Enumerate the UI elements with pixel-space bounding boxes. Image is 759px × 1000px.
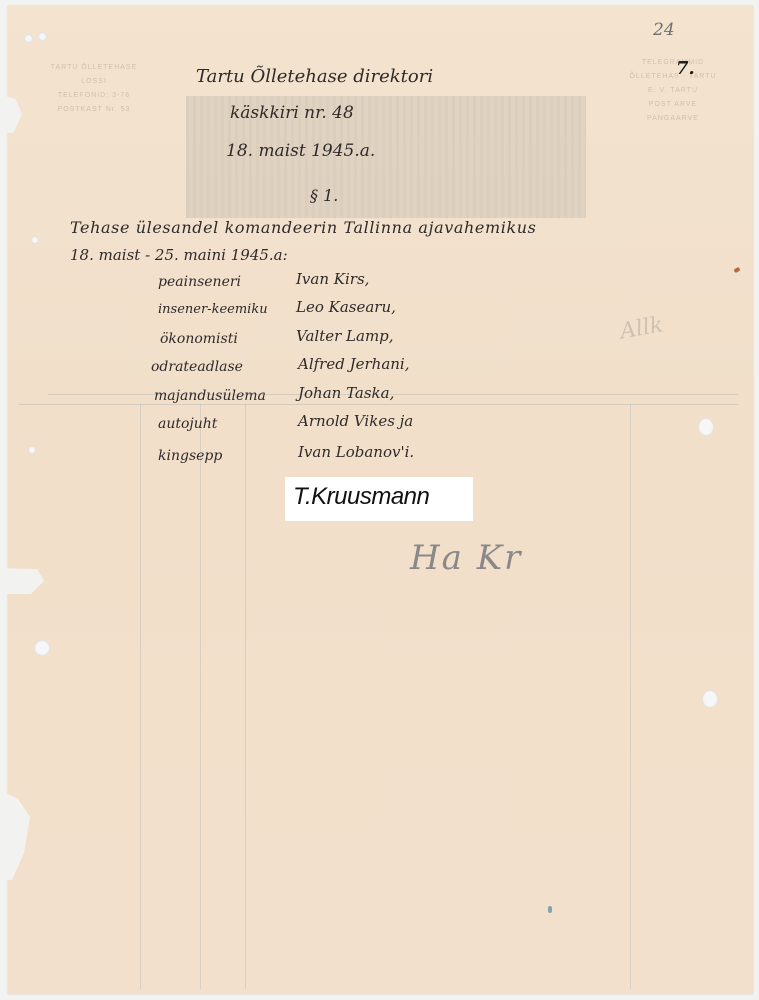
assignment-name: Alfred Jerhani, xyxy=(298,355,410,373)
letterhead-left-line: TELEFONID: 3-76 xyxy=(34,89,154,103)
letterhead-left-line: LOSSI xyxy=(34,75,154,89)
section-mark: § 1. xyxy=(310,186,338,205)
assignment-role: insener-keemiku xyxy=(158,302,268,317)
letterhead-right-line: ÕLLETEHAS - TARTU xyxy=(608,70,738,84)
punch-hole xyxy=(31,236,39,244)
name-label: T.Kruusmann xyxy=(293,483,429,511)
assignment-name: Ivan Kirs, xyxy=(296,270,369,288)
assignment-name: Valter Lamp, xyxy=(296,327,394,345)
body-line-2: 18. maist - 25. maini 1945.a: xyxy=(70,246,288,264)
page-number: 7. xyxy=(676,58,695,79)
ruled-column-line xyxy=(245,404,246,989)
assignment-name: Leo Kasearu, xyxy=(296,298,396,316)
punch-hole xyxy=(38,32,47,41)
assignment-name: Johan Taska, xyxy=(298,384,394,402)
punch-hole xyxy=(702,690,718,708)
assignment-role: ökonomisti xyxy=(160,331,238,347)
assignment-role: autojuht xyxy=(158,416,217,432)
ruled-column-line xyxy=(140,404,141,989)
letterhead-right-line: E. V. TARTU xyxy=(608,84,738,98)
ink-speck xyxy=(733,267,740,273)
ruled-column-line xyxy=(630,404,631,989)
letterhead-right-line: PANGAARVE xyxy=(608,112,738,126)
assignment-role: odrateadlase xyxy=(151,359,243,375)
punch-hole xyxy=(34,640,50,656)
letterhead-left-line: POSTKAST Nr. 53 xyxy=(34,103,154,117)
name-label-box: T.Kruusmann xyxy=(285,477,473,521)
body-line-1: Tehase ülesandel komandeerin Tallinna aj… xyxy=(70,218,537,237)
punch-hole xyxy=(24,34,33,43)
letterhead-right-block: TELEGRAMMID ÕLLETEHAS - TARTU E. V. TART… xyxy=(608,56,738,126)
assignment-name: Ivan Lobanov'i. xyxy=(298,443,414,461)
pencil-signature: Ha Kr xyxy=(410,538,522,578)
letterhead-left-line: TARTU ÕLLETEHASE xyxy=(34,61,154,75)
margin-pencil-note: Allk xyxy=(618,312,665,344)
letterhead-left-block: TARTU ÕLLETEHASE LOSSI TELEFONID: 3-76 P… xyxy=(34,61,154,117)
ruled-column-line xyxy=(200,404,201,989)
document-sheet: TARTU ÕLLETEHASE LOSSI TELEFONID: 3-76 P… xyxy=(8,6,753,994)
assignment-role: majandusülema xyxy=(154,388,266,404)
letterhead-right-line: POST ARVE xyxy=(608,98,738,112)
ink-speck xyxy=(548,906,552,913)
punch-hole xyxy=(698,418,714,436)
punch-hole xyxy=(28,446,36,454)
archive-number: 24 xyxy=(653,20,675,40)
header-date: 18. maist 1945.a. xyxy=(226,141,375,161)
letterhead-right-line: TELEGRAMMID xyxy=(608,56,738,70)
header-title: Tartu Õlletehase direktori xyxy=(196,66,433,87)
header-order-number: käskkiri nr. 48 xyxy=(230,103,354,123)
assignment-role: kingsepp xyxy=(158,448,222,464)
assignment-name: Arnold Vikes ja xyxy=(298,412,413,430)
assignment-role: peainseneri xyxy=(158,274,241,290)
